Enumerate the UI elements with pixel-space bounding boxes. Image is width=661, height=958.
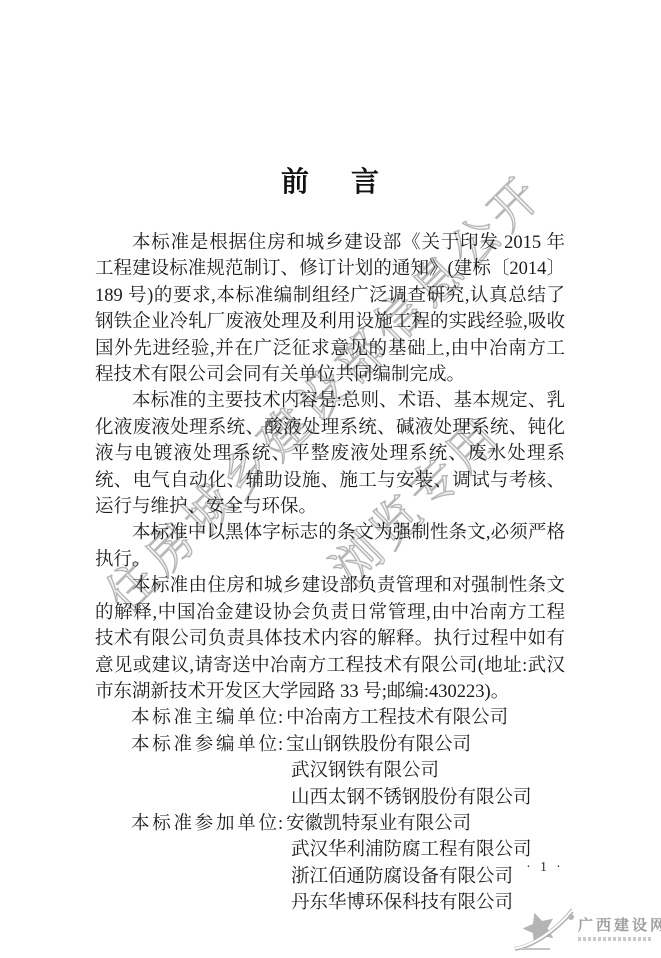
unit-colon: : [277,732,286,758]
paragraph: 本标准中以黑体字标志的条文为强制性条文,必须严格执行。 [95,520,565,573]
unit-colon: : [277,705,286,731]
paragraph: 本标准由住房和城乡建设部负责管理和对强制性条文的解释,中国冶金建设协会负责日常管… [95,573,565,705]
page-number: · 1 · [505,859,585,875]
star-logo-icon [512,904,576,954]
logo-microtext [578,937,652,941]
unit-row: 山西太钢不锈钢股份有限公司 [95,785,565,811]
paragraphs-container: 本标准是根据住房和城乡建设部《关于印发 2015 年工程建设标准规范制订、修订计… [95,230,565,705]
unit-row: 武汉华利浦防腐工程有限公司 [95,837,565,863]
body-content: 本标准是根据住房和城乡建设部《关于印发 2015 年工程建设标准规范制订、修订计… [95,230,565,917]
unit-org: 山西太钢不锈钢股份有限公司 [291,785,532,811]
page-title: 前言 [95,160,565,200]
document-page: 住房城乡建设部信息公开 浏览专用 前言 本标准是根据住房和城乡建设部《关于印发 … [0,0,661,958]
units-list: 本标准主编单位:中冶南方工程技术有限公司本标准参编单位:宝山钢铁股份有限公司武汉… [95,705,565,916]
unit-row: 本标准参编单位:宝山钢铁股份有限公司 [95,732,565,758]
unit-label: 本标准参编单位 [131,732,277,758]
unit-org: 中冶南方工程技术有限公司 [286,705,508,731]
paragraph: 本标准是根据住房和城乡建设部《关于印发 2015 年工程建设标准规范制订、修订计… [95,230,565,388]
unit-label: 本标准参加单位 [131,811,277,837]
unit-row: 本标准参加单位:安徽凯特泵业有限公司 [95,811,565,837]
paragraph: 本标准的主要技术内容是:总则、术语、基本规定、乳化液废液处理系统、酸液处理系统、… [95,388,565,520]
publisher-logo: 广西建设网 [512,903,660,955]
unit-org: 宝山钢铁股份有限公司 [286,732,471,758]
unit-org: 武汉华利浦防腐工程有限公司 [291,837,532,863]
unit-org: 武汉钢铁有限公司 [291,758,439,784]
logo-text-column: 广西建设网 [578,918,661,941]
unit-org: 丹东华博环保科技有限公司 [291,890,513,916]
unit-row: 浙江佰通防腐设备有限公司 [95,864,565,890]
unit-colon: : [277,811,286,837]
unit-org: 安徽凯特泵业有限公司 [286,811,471,837]
logo-title: 广西建设网 [578,918,661,934]
unit-label: 本标准主编单位 [131,705,277,731]
unit-org: 浙江佰通防腐设备有限公司 [291,864,513,890]
unit-row: 丹东华博环保科技有限公司 [95,890,565,916]
unit-row: 本标准主编单位:中冶南方工程技术有限公司 [95,705,565,731]
unit-row: 武汉钢铁有限公司 [95,758,565,784]
